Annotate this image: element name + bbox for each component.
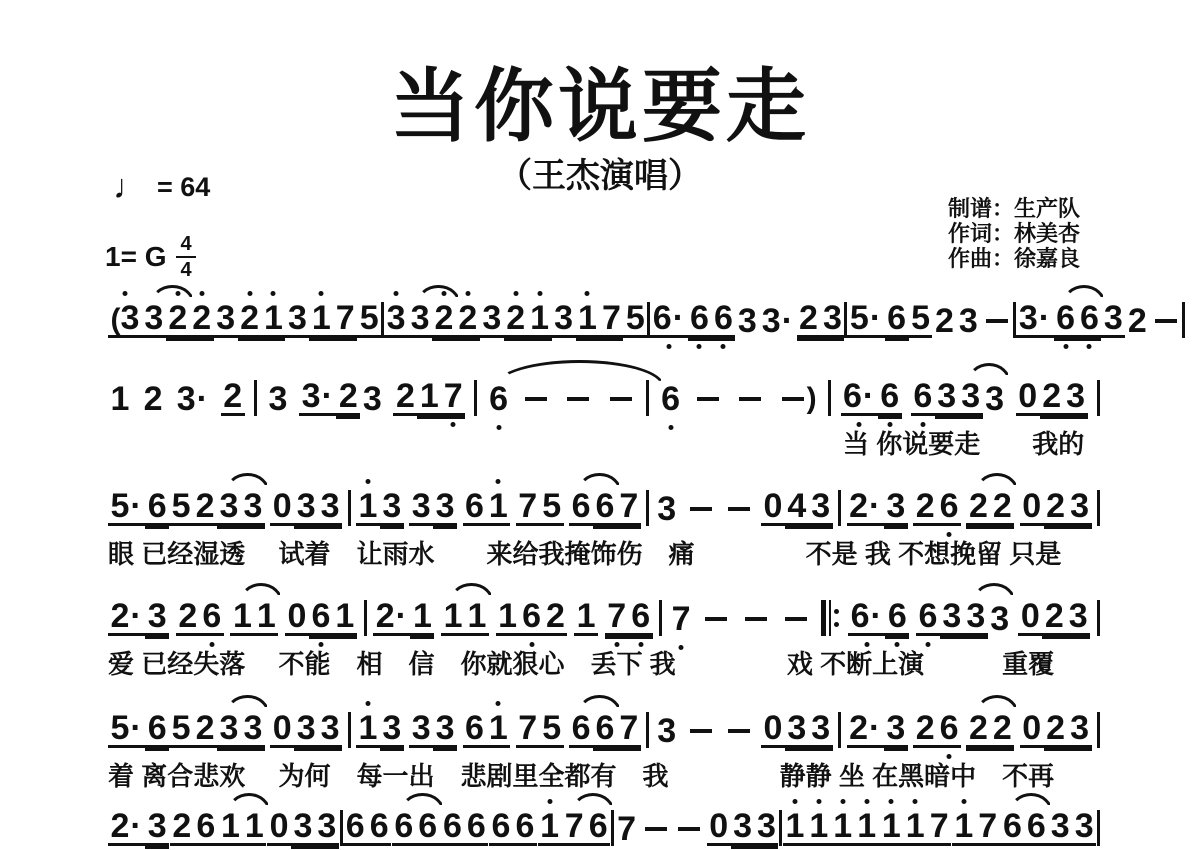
note: 2	[504, 301, 528, 338]
note: 3	[217, 489, 241, 526]
note: 3	[809, 489, 833, 526]
note: 3	[266, 382, 290, 416]
note: 3	[294, 489, 318, 526]
octave-down-dot	[679, 645, 684, 650]
dash-token	[604, 382, 637, 416]
note-group: 22	[966, 489, 1014, 526]
note-group	[692, 382, 725, 416]
note-group: 5·65	[847, 301, 932, 338]
note: 6	[711, 301, 735, 338]
note-group: 13	[356, 711, 404, 748]
dash-token	[980, 304, 1013, 338]
note-group: 3	[655, 492, 679, 526]
note: 6	[569, 711, 593, 748]
note: 2	[1044, 489, 1068, 526]
note: 3	[142, 301, 166, 338]
note-group: 61	[463, 489, 511, 526]
note: 3	[964, 599, 988, 636]
note-group: 7	[615, 812, 639, 846]
note-group: 023	[1020, 489, 1092, 526]
note: 2·	[373, 599, 410, 636]
note-group: 667	[569, 711, 641, 748]
octave-up-dot	[271, 291, 276, 296]
note: 1	[855, 809, 879, 846]
octave-up-dot	[792, 799, 797, 804]
octave-down-dot	[666, 344, 671, 349]
note-group	[474, 380, 477, 416]
note: 2	[176, 599, 200, 636]
dash-token	[639, 812, 672, 846]
note-group: 033	[761, 711, 833, 748]
dotted-note-dot: ·	[869, 487, 880, 525]
note-group: 043	[761, 489, 833, 526]
barline	[646, 712, 649, 748]
barline	[646, 490, 649, 526]
octave-down-dot	[925, 642, 930, 647]
note-group	[562, 382, 595, 416]
note: 1	[879, 809, 903, 846]
note-group: 6	[487, 382, 511, 416]
note: 3	[480, 301, 504, 338]
music-notation-row: 5·652330331333617566730332·32622023	[108, 708, 1100, 748]
note-group: 321	[214, 301, 286, 338]
note: 1	[486, 711, 510, 748]
note: 1	[230, 599, 254, 636]
note: 6	[688, 301, 712, 338]
dotted-note-dot: ·	[869, 709, 880, 747]
octave-down-dot	[496, 425, 501, 430]
barline	[348, 712, 351, 748]
note-group: 75	[516, 489, 564, 526]
note: 1	[807, 809, 831, 846]
note-group: 13	[356, 489, 404, 526]
note-group: 76	[605, 599, 653, 636]
note: 7	[516, 711, 540, 748]
note: 6	[1024, 809, 1048, 846]
dash-token	[684, 492, 717, 526]
dotted-note-dot: ·	[130, 487, 141, 525]
dotted-note-dot: ·	[871, 597, 882, 635]
music-notation-row: (33223213175332232131756·6633·235·65233·…	[108, 298, 1100, 338]
barline	[838, 712, 841, 748]
octave-down-dot	[895, 642, 900, 647]
music-notation-row: 2·326110612·11116217676·66333023	[108, 596, 1100, 636]
note: 3	[409, 489, 433, 526]
note: 6	[463, 489, 487, 526]
note-group	[779, 810, 782, 846]
note-group: 61	[463, 711, 511, 748]
octave-up-dot	[513, 291, 518, 296]
note: 7	[599, 301, 623, 338]
note: 2	[193, 711, 217, 748]
note: 2	[990, 711, 1014, 748]
note-group: 023	[1020, 711, 1092, 748]
note-group: (3	[108, 301, 142, 338]
barline	[828, 380, 831, 416]
lyrics-row: 当 你说要走 我的	[108, 424, 1100, 461]
note: 3	[655, 714, 679, 748]
dash-token	[723, 714, 756, 748]
note-group: 11	[441, 599, 489, 636]
note-group: 2	[141, 382, 165, 416]
dotted-note-dot: ·	[863, 377, 874, 415]
note: 3	[408, 301, 432, 338]
music-notation-row: 123·233·2321766)6·66333023	[108, 376, 1100, 416]
note: 0	[761, 489, 785, 526]
barline	[1097, 810, 1100, 846]
note: 3	[318, 489, 342, 526]
note: 0	[270, 489, 294, 526]
note-group	[604, 382, 637, 416]
note: 5·	[847, 301, 884, 338]
note: 6	[145, 711, 169, 748]
barline	[364, 600, 367, 636]
dash-token	[734, 382, 767, 416]
note: 5	[623, 301, 647, 338]
note-group	[646, 380, 649, 416]
note-group	[364, 600, 367, 636]
held-beat-dash	[785, 617, 807, 621]
note-group: 317	[285, 301, 357, 338]
note-group	[1097, 490, 1100, 526]
note-group: 5·65233	[108, 711, 265, 748]
note: 5	[909, 301, 933, 338]
note: 7	[617, 489, 641, 526]
note: 0	[267, 809, 291, 846]
note: 3	[956, 304, 980, 338]
note: 3	[384, 301, 408, 338]
note-group	[1097, 810, 1100, 846]
octave-up-dot	[199, 291, 204, 296]
note: 3	[820, 301, 844, 338]
note: 1	[831, 809, 855, 846]
barline	[611, 810, 614, 846]
tempo-marking: ♩ = 64	[113, 170, 210, 204]
note: 4	[785, 489, 809, 526]
barline	[1182, 302, 1185, 338]
note: 7	[617, 711, 641, 748]
held-beat-dash	[728, 729, 750, 733]
dotted-note-dot: ·	[130, 709, 141, 747]
octave-up-dot	[394, 291, 399, 296]
dash-token	[692, 382, 725, 416]
note-group: 6·6	[848, 599, 909, 636]
notation-line-6: 2·326110336666666617670331111117176633	[108, 806, 1100, 850]
note-group: 061	[285, 599, 357, 636]
octave-up-dot	[247, 291, 252, 296]
note: 5·	[108, 711, 145, 748]
note: 7	[669, 602, 693, 636]
octave-up-dot	[816, 799, 821, 804]
dash-token	[700, 602, 733, 636]
note-group: 3	[266, 382, 290, 416]
octave-up-dot	[537, 291, 542, 296]
note-group: 033	[267, 809, 339, 846]
note: 3	[983, 382, 1007, 416]
note: 1	[108, 382, 132, 416]
note-group	[659, 600, 662, 636]
octave-down-dot	[721, 344, 726, 349]
quarter-note-icon: ♩	[113, 170, 147, 204]
note-group: 3	[735, 304, 759, 338]
note: 2	[966, 489, 990, 526]
note: 3	[755, 809, 779, 846]
note: 2	[193, 489, 217, 526]
note: 1	[309, 301, 333, 338]
note: 6	[513, 809, 537, 846]
octave-down-dot	[209, 642, 214, 647]
note-group	[1097, 600, 1100, 636]
note-group: 1111	[783, 809, 879, 846]
repeat-begin-sign	[819, 600, 842, 636]
note: 2	[966, 711, 990, 748]
octave-up-dot	[913, 799, 918, 804]
note: 2	[1040, 379, 1064, 416]
note-group: 6·66	[650, 301, 735, 338]
octave-down-dot	[668, 425, 673, 430]
note: 3	[291, 809, 315, 846]
note-group	[1097, 712, 1100, 748]
octave-down-dot	[887, 422, 892, 427]
time-signature-denominator: 4	[180, 258, 191, 280]
dotted-note-dot: ·	[396, 597, 407, 635]
barline	[1097, 712, 1100, 748]
note: 6	[520, 599, 544, 636]
note-group	[838, 490, 841, 526]
octave-up-dot	[496, 479, 501, 484]
note: 6·	[841, 379, 878, 416]
note: 6	[367, 809, 391, 846]
note: 1	[356, 711, 380, 748]
note-group: 5	[357, 301, 381, 338]
note-group: 6·6	[841, 379, 902, 416]
note: 6	[885, 599, 909, 636]
note: 1	[333, 599, 357, 636]
note: 5	[540, 711, 564, 748]
note-group: 2	[932, 304, 956, 338]
notation-line-3: 5·652330331333617566730432·32622023 眼 已经…	[108, 486, 1100, 571]
note: 3	[1064, 379, 1088, 416]
note: 1	[465, 599, 489, 636]
note-group: 5·65233	[108, 489, 265, 526]
barline	[1097, 600, 1100, 636]
note: 3	[145, 809, 169, 846]
note-group: 66	[392, 809, 440, 846]
note: 3	[1068, 489, 1092, 526]
note-group: 322	[408, 301, 480, 338]
note-group	[646, 490, 649, 526]
note: 0	[270, 711, 294, 748]
note-group	[779, 602, 812, 636]
note-group: 33	[409, 711, 457, 748]
note-group: 26	[176, 599, 224, 636]
note-group	[348, 490, 351, 526]
note: 2	[166, 301, 190, 338]
note: 0	[707, 809, 731, 846]
note-group: 1	[108, 382, 132, 416]
note-group: 2·3	[108, 599, 169, 636]
held-beat-dash	[705, 617, 727, 621]
note: 6	[145, 489, 169, 526]
held-beat-dash	[610, 397, 632, 401]
note: 6	[200, 599, 224, 636]
note: 6	[343, 809, 367, 846]
note-group: 2·3	[108, 809, 169, 846]
dotted-note-dot: ·	[673, 299, 684, 337]
note: 3	[735, 304, 759, 338]
note-group	[684, 492, 717, 526]
note: 6	[1078, 301, 1102, 338]
note: 6	[629, 599, 653, 636]
barline	[1097, 490, 1100, 526]
note: 1	[218, 809, 242, 846]
note: 6	[416, 809, 440, 846]
dash-token	[779, 602, 812, 636]
note: 1	[417, 379, 441, 416]
note-group	[819, 600, 842, 636]
note: 3	[884, 489, 908, 526]
note: 1	[538, 809, 562, 846]
held-beat-dash	[728, 507, 750, 511]
note: 7	[516, 489, 540, 526]
held-beat-dash	[986, 319, 1008, 323]
note: 5	[169, 489, 193, 526]
note: 2	[990, 489, 1014, 526]
tempo-value: = 64	[157, 172, 210, 203]
note-group: 3·23	[299, 379, 384, 416]
octave-up-dot	[961, 799, 966, 804]
parenthesis: )	[807, 384, 817, 414]
dash-token	[1149, 304, 1182, 338]
dotted-note-dot: ·	[130, 807, 141, 845]
held-beat-dash	[745, 617, 767, 621]
note: 2·	[847, 711, 884, 748]
note-group: 75	[516, 711, 564, 748]
note: 6	[440, 809, 464, 846]
note-group: 7	[669, 602, 693, 636]
note: 6	[586, 809, 610, 846]
notation-line-4: 2·326110612·11116217676·66333023 爱 已经失落 …	[108, 596, 1100, 681]
held-beat-dash	[525, 397, 547, 401]
note: 1	[262, 301, 286, 338]
held-beat-dash	[678, 827, 700, 831]
note: 6	[489, 809, 513, 846]
octave-down-dot	[638, 642, 643, 647]
note: 3	[433, 711, 457, 748]
note-group	[254, 380, 257, 416]
note-group	[340, 810, 343, 846]
note: 3	[731, 809, 755, 846]
note-group: 3·	[174, 382, 211, 416]
song-title: 当你说要走	[0, 42, 1200, 157]
note: 3·	[759, 304, 796, 338]
note: 2	[141, 382, 165, 416]
dash-token	[739, 602, 772, 636]
note: 6	[593, 711, 617, 748]
key-signature: 1= G 4 4	[105, 234, 196, 280]
note: 1	[576, 301, 600, 338]
note-group: 2·1	[373, 599, 434, 636]
note: 7	[333, 301, 357, 338]
note-group: 6	[659, 382, 683, 416]
note-group: 26	[913, 711, 961, 748]
time-signature: 4 4	[176, 234, 195, 280]
note: 3	[1048, 809, 1072, 846]
note: 1	[903, 809, 927, 846]
note-group	[739, 602, 772, 636]
note: 2·	[847, 489, 884, 526]
note-group: 26	[170, 809, 218, 846]
note-group	[723, 714, 756, 748]
note: 2	[1042, 599, 1066, 636]
note-group	[734, 382, 767, 416]
note-group: 66	[343, 809, 391, 846]
note: 3·	[174, 382, 211, 416]
note: 6	[659, 382, 683, 416]
note: 1	[254, 599, 278, 636]
music-notation-row: 5·652330331333617566730432·32622023	[108, 486, 1100, 526]
note: 3	[241, 711, 265, 748]
held-beat-dash	[782, 397, 804, 401]
note: 1	[496, 599, 520, 636]
note: 1	[486, 489, 510, 526]
note-group: 66	[440, 809, 488, 846]
lyrics-row: 着 离合悲欢 为何 每一出 悲剧里全都有 我 静静 坐 在黑暗中 不再	[108, 756, 1100, 793]
note: (3	[108, 301, 142, 338]
lyrics-row: 爱 已经失落 不能 相 信 你就狠心 丢下 我 戏 不断上演 重覆	[108, 644, 1100, 681]
dash-token	[684, 714, 717, 748]
octave-up-dot	[496, 701, 501, 706]
held-beat-dash	[690, 507, 712, 511]
note: 3	[785, 711, 809, 748]
dash-token	[520, 382, 553, 416]
note-group	[646, 712, 649, 748]
octave-up-dot	[365, 479, 370, 484]
octave-down-dot	[1087, 344, 1092, 349]
dash-token	[673, 812, 706, 846]
notation-line-2: 123·233·2321766)6·66333023 当 你说要走 我的	[108, 376, 1100, 461]
note-group	[723, 492, 756, 526]
note: 3·	[299, 379, 336, 416]
octave-down-dot	[451, 422, 456, 427]
octave-up-dot	[864, 799, 869, 804]
note: 2	[221, 379, 245, 416]
notation-line-1: (33223213175332232131756·6633·235·65233·…	[108, 298, 1100, 346]
dotted-note-dot: ·	[782, 302, 793, 340]
barline	[779, 810, 782, 846]
note-group	[700, 602, 733, 636]
held-beat-dash	[690, 729, 712, 733]
note: 2	[932, 304, 956, 338]
note: 5	[540, 489, 564, 526]
octave-up-dot	[840, 799, 845, 804]
note-group: 3·	[759, 304, 796, 338]
note-group: 033	[270, 489, 342, 526]
note-group: 76	[562, 809, 610, 846]
note-group: 2·3	[847, 489, 908, 526]
note: 0	[1018, 599, 1042, 636]
credit-lyricist: 作词：林美杏	[948, 221, 1080, 246]
note: 2	[238, 301, 262, 338]
note: 3	[988, 602, 1012, 636]
note-group: 2	[1125, 304, 1149, 338]
octave-up-dot	[465, 291, 470, 296]
note: 6	[569, 489, 593, 526]
note: 3	[409, 711, 433, 748]
note: 7	[562, 809, 586, 846]
dotted-note-dot: ·	[130, 597, 141, 635]
note-group: 6633	[1000, 809, 1096, 846]
